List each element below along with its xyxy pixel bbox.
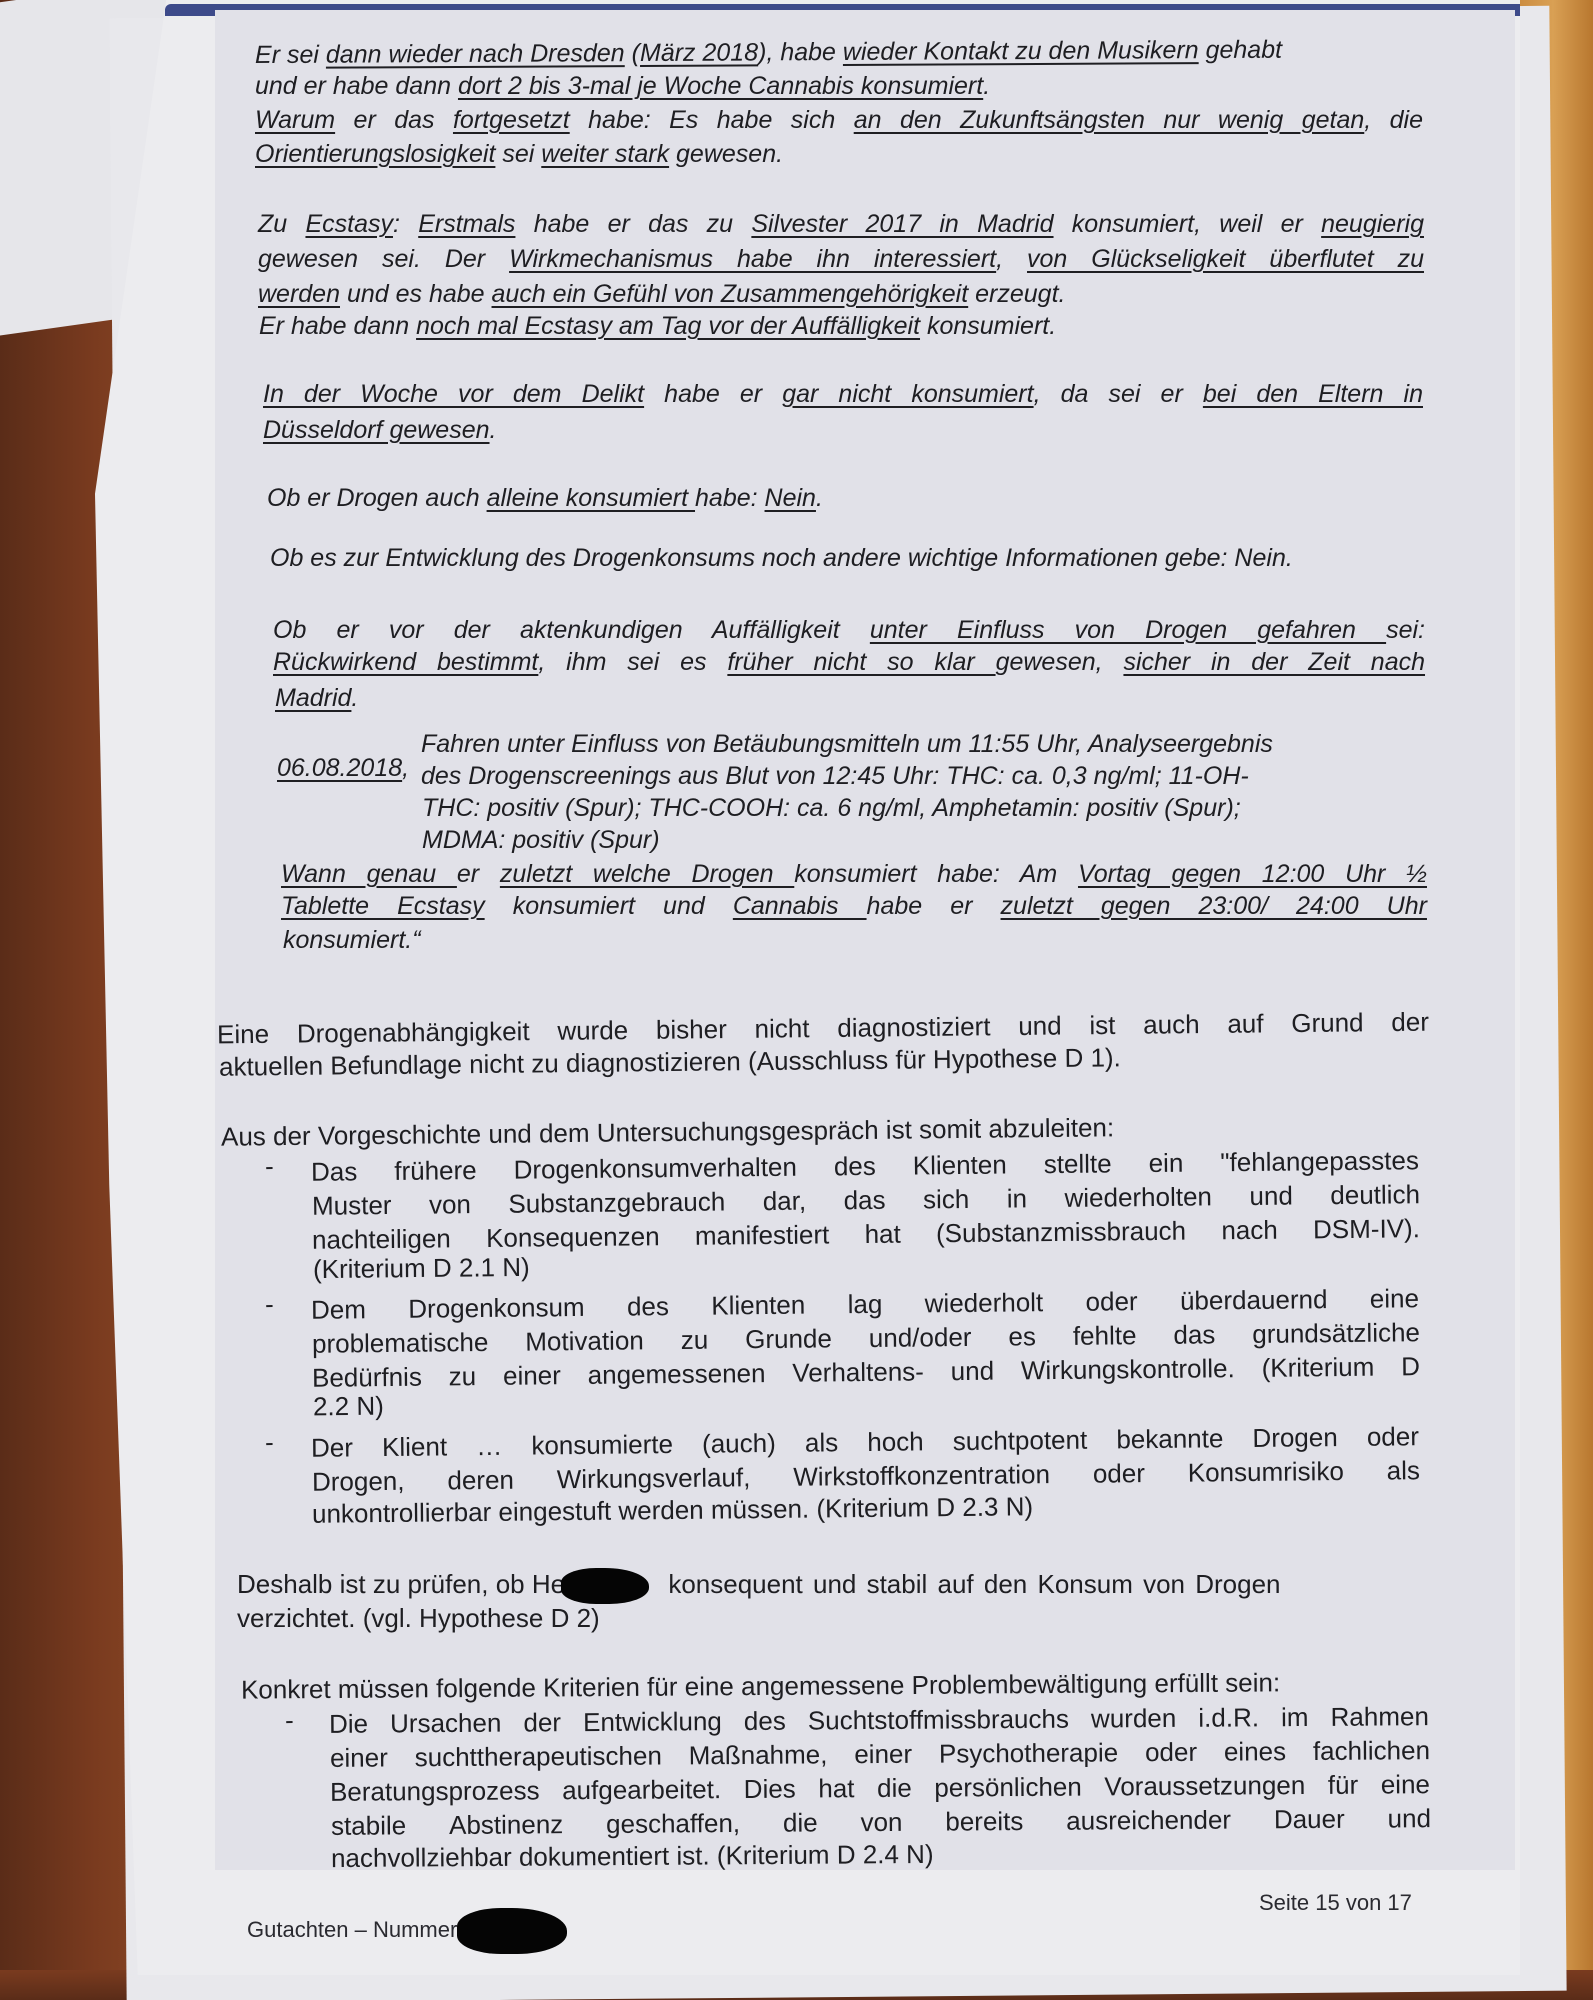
underlined-phrase: zuletzt welche Drogen: [500, 860, 794, 888]
assessment-p3-text-after: konsequent und stabil auf den Konsum von…: [668, 1569, 1280, 1599]
word: zu: [449, 1360, 477, 1392]
text-segment: habe: Es habe sich: [570, 106, 854, 134]
quote-p6-line3: Madrid.: [275, 682, 358, 714]
underlined-phrase: fortgesetzt: [453, 106, 570, 134]
quote-p1-line3: Warum er das fortgesetzt habe: Es habe s…: [255, 104, 1423, 136]
word: (Kriterium: [1262, 1351, 1375, 1384]
text-segment: Er habe dann: [259, 312, 416, 340]
underlined-phrase: von Glückseligkeit überflutet zu: [1027, 245, 1424, 273]
text-segment: , die: [1364, 106, 1423, 134]
text-segment: ,: [996, 245, 1027, 273]
text-segment: erzeugt.: [968, 280, 1065, 308]
text-segment: er das: [335, 106, 453, 134]
word: Drogen,: [311, 1465, 404, 1498]
underlined-phrase: wieder Kontakt zu den Musikern: [843, 36, 1199, 66]
underlined-phrase: an den Zukunftsängsten nur wenig getan: [854, 106, 1365, 134]
text-segment: Ob er Drogen auch: [267, 484, 487, 512]
underlined-phrase: In der Woche vor dem Delikt: [263, 380, 644, 408]
word: bekannte: [1116, 1422, 1223, 1455]
word: eine: [1381, 1768, 1430, 1800]
word: Konsumrisiko: [1187, 1455, 1343, 1489]
bullet-marker: -: [265, 1426, 274, 1458]
word: DSM-IV).: [1313, 1212, 1420, 1245]
underlined-phrase: März 2018: [640, 38, 758, 67]
bullet-marker: -: [265, 1288, 274, 1320]
text-segment: , ihm sei es: [538, 648, 727, 676]
word: einer: [329, 1741, 387, 1773]
word: Beratungsprozess: [330, 1774, 540, 1807]
word: Dem: [311, 1293, 366, 1326]
underlined-phrase: Tablette Ecstasy: [281, 892, 485, 920]
word: Der: [311, 1431, 353, 1463]
underlined-phrase: Vortag gegen 12:00 Uhr ½: [1078, 860, 1427, 888]
bullet-line: (Kriterium D 2.1 N): [313, 1251, 530, 1285]
word: (Substanzmissbrauch: [936, 1215, 1186, 1250]
word: Muster: [311, 1189, 391, 1222]
text-segment: Ob er vor der aktenkundigen Auffälligkei…: [273, 616, 870, 644]
underlined-phrase: werden: [258, 280, 340, 308]
word: fehlte: [1072, 1319, 1136, 1352]
word: einer: [854, 1738, 912, 1770]
quote-p7-line1: Wann genau er zuletzt welche Drogen kons…: [281, 858, 1427, 890]
assessment-p3-line2: verzichtet. (vgl. Hypothese D 2): [237, 1602, 600, 1634]
bullet-line: Beratungsprozessaufgearbeitet.Dieshatdie…: [330, 1768, 1430, 1808]
word: Das: [311, 1155, 358, 1187]
word: nachteiligen: [312, 1222, 451, 1255]
word: wiederholt: [925, 1286, 1044, 1319]
word: für: [1328, 1769, 1359, 1801]
underlined-phrase: zuletzt gegen 23:00/ 24:00 Uhr: [1001, 892, 1427, 920]
word: Klienten: [711, 1289, 805, 1322]
word: (auch): [702, 1427, 776, 1460]
quote-p1-line4: Orientierungslosigkeit sei weiter stark …: [255, 138, 783, 170]
quote-p6-line2: Rückwirkend bestimmt, ihm sei es früher …: [273, 646, 1425, 678]
word: konsumierte: [531, 1428, 673, 1461]
underlined-phrase: Orientierungslosigkeit: [255, 140, 495, 168]
record-line-1: Fahren unter Einfluss von Betäubungsmitt…: [421, 728, 1273, 760]
word: deren: [447, 1464, 514, 1497]
word: ist: [1089, 1009, 1115, 1041]
underlined-phrase: weiter stark: [541, 140, 669, 168]
underlined-phrase: gar nicht konsumiert: [782, 380, 1033, 408]
text-segment: , da sei er: [1034, 380, 1203, 408]
underlined-phrase: noch mal Ecstasy am Tag vor der Auffälli…: [416, 312, 920, 340]
bullet-marker: -: [285, 1704, 294, 1736]
word: fachlichen: [1312, 1734, 1429, 1767]
word: und: [951, 1355, 995, 1387]
text-segment: Zu: [258, 210, 305, 238]
text-segment: .: [351, 684, 358, 712]
text-segment: gewesen sei. Der: [258, 245, 509, 273]
underlined-phrase: Düsseldorf gewesen: [263, 416, 490, 444]
word: nicht: [754, 1012, 809, 1045]
word: i.d.R.: [1198, 1701, 1259, 1733]
text-segment: habe er: [644, 380, 782, 408]
word: Rahmen: [1330, 1700, 1429, 1733]
text-segment: gewesen,: [996, 648, 1124, 676]
word: als: [805, 1426, 839, 1458]
word: Klienten: [913, 1149, 1007, 1182]
word: in: [1006, 1182, 1027, 1214]
word: und/oder: [868, 1321, 971, 1354]
text-segment: konsumiert, weil er: [1054, 210, 1322, 238]
word: eine: [1370, 1282, 1419, 1315]
text-segment: gewesen.: [669, 140, 783, 168]
word: deutlich: [1330, 1178, 1420, 1211]
quote-p6-line1: Ob er vor der aktenkundigen Auffälligkei…: [273, 614, 1425, 646]
word: das: [1173, 1318, 1215, 1350]
word: Motivation: [525, 1324, 644, 1357]
word: zu: [680, 1324, 708, 1356]
word: von: [428, 1188, 470, 1220]
word: Drogenabhängigkeit: [297, 1015, 530, 1049]
underlined-phrase: Warum: [255, 106, 335, 134]
word: lag: [847, 1288, 882, 1320]
bullet-line: stabileAbstinenzgeschaffen,dievonbereits…: [331, 1802, 1431, 1842]
underlined-phrase: Wann genau: [281, 860, 457, 888]
footer-label: Gutachten – Nummer: [247, 1917, 457, 1942]
name-redaction: [561, 1568, 649, 1604]
word: und: [1249, 1180, 1293, 1212]
underlined-phrase: Madrid: [275, 684, 351, 712]
text-segment: :: [393, 210, 418, 238]
quote-p2-line2: gewesen sei. Der Wirkmechanismus habe ih…: [258, 243, 1424, 275]
text-segment: .: [816, 484, 823, 512]
word: oder: [1144, 1736, 1196, 1768]
word: Grunde: [745, 1322, 832, 1355]
text-segment: habe er das zu: [515, 210, 751, 238]
underlined-phrase: Silvester 2017 in Madrid: [751, 210, 1053, 238]
word: sich: [922, 1183, 969, 1215]
word: der: [523, 1706, 561, 1738]
word: problematische: [311, 1326, 488, 1360]
word: Klient: [382, 1430, 447, 1463]
quote-p1-line1: Er sei dann wieder nach Dresden (März 20…: [255, 33, 1423, 71]
word: geschaffen,: [606, 1807, 740, 1840]
word: im: [1281, 1701, 1309, 1733]
bullet-line: einersuchttherapeutischenMaßnahme,einerP…: [329, 1734, 1429, 1774]
word: stellte: [1044, 1147, 1112, 1180]
underlined-phrase: Cannabis: [733, 892, 867, 920]
word: ein: [1148, 1147, 1183, 1179]
underlined-phrase: auch ein Gefühl von Zusammengehörigkeit: [492, 280, 969, 308]
word: von: [860, 1806, 902, 1838]
text-segment: sei:: [1386, 616, 1425, 644]
document-page: Er sei dann wieder nach Dresden (März 20…: [95, 0, 1520, 1975]
word: hat: [865, 1218, 901, 1250]
text-segment: .: [983, 72, 990, 100]
assessment-p3-text-before: Deshalb ist zu prüfen, ob He: [237, 1569, 565, 1599]
page-number: Seite 15 von 17: [1259, 1890, 1412, 1916]
footer-doc-number: Gutachten – Nummer: [247, 1908, 567, 1954]
word: eines: [1223, 1735, 1285, 1767]
bullet-line: nachvollziehbar dokumentiert ist. (Krite…: [331, 1838, 934, 1874]
underlined-phrase: Erstmals: [418, 210, 515, 238]
underlined-phrase: Wirkmechanismus habe ihn interessiert: [509, 245, 996, 273]
word: Voraussetzungen: [1104, 1769, 1305, 1802]
text-segment: .: [490, 416, 497, 444]
word: aufgearbeitet.: [562, 1773, 721, 1806]
record-line-2: des Drogenscreenings aus Blut von 12:45 …: [421, 760, 1249, 792]
assessment-p4-intro: Konkret müssen folgende Kriterien für ei…: [241, 1666, 1280, 1705]
word: wurden: [1091, 1702, 1177, 1735]
word: Maßnahme,: [688, 1738, 827, 1771]
word: Abstinenz: [449, 1808, 563, 1841]
word: auch: [1143, 1008, 1200, 1041]
text-segment: konsumiert und: [485, 892, 733, 920]
text-segment: und es habe: [340, 280, 492, 308]
word: "fehlangepasstes: [1220, 1144, 1419, 1178]
word: der: [1391, 1006, 1429, 1038]
quote-p1-line2: und er habe dann dort 2 bis 3-mal je Woc…: [255, 70, 990, 102]
word: dar,: [762, 1185, 806, 1217]
word: Entwicklung: [583, 1705, 722, 1738]
quote-p2-line1: Zu Ecstasy: Erstmals habe er das zu Silv…: [258, 208, 1424, 240]
text-segment: (: [625, 39, 640, 67]
word: Psychotherapie: [938, 1736, 1117, 1769]
word: Suchtstoffmissbrauchs: [808, 1703, 1069, 1737]
word: oder: [1085, 1285, 1137, 1318]
word: ausreichender: [1066, 1804, 1231, 1837]
word: nach: [1221, 1214, 1278, 1247]
word: des: [744, 1705, 786, 1737]
underlined-phrase: Nein: [765, 484, 816, 512]
word: Wirkungskontrolle.: [1021, 1352, 1235, 1386]
word: Wirkungsverlauf,: [556, 1461, 750, 1495]
quote-p7-line3: konsumiert.“: [283, 924, 421, 956]
word: Konsequenzen: [486, 1220, 660, 1254]
text-segment: er: [457, 860, 500, 888]
word: …: [476, 1430, 502, 1462]
underlined-phrase: bei den Eltern in: [1203, 380, 1423, 408]
quote-p4: Ob er Drogen auch alleine konsumiert hab…: [267, 482, 823, 514]
word: Eine: [217, 1018, 269, 1051]
word: oder: [1367, 1420, 1419, 1453]
word: Ursachen: [390, 1707, 502, 1740]
underlined-phrase: dann wieder nach Dresden: [326, 39, 625, 69]
word: manifestiert: [695, 1218, 830, 1251]
assessment-p3-line1: Deshalb ist zu prüfen, ob He konsequent …: [237, 1568, 1281, 1604]
word: Die: [329, 1708, 368, 1740]
word: einer: [503, 1359, 561, 1392]
word: suchtpotent: [953, 1424, 1088, 1457]
word: und: [1387, 1802, 1431, 1834]
underlined-phrase: Rückwirkend bestimmt: [273, 648, 538, 676]
doc-number-redaction: [457, 1908, 567, 1954]
word: auf: [1227, 1007, 1263, 1039]
underlined-phrase: dort 2 bis 3-mal je Woche Cannabis konsu…: [458, 72, 983, 100]
word: bereits: [945, 1805, 1023, 1838]
word: Wirkstoffkonzentration: [793, 1458, 1050, 1493]
word: angemessenen: [588, 1357, 766, 1391]
word: D: [1401, 1350, 1420, 1382]
underlined-phrase: sicher in der Zeit nach: [1123, 648, 1425, 676]
word: die: [877, 1772, 912, 1804]
word: die: [783, 1806, 818, 1838]
record-date: 06.08.2018,: [277, 752, 409, 784]
page-content: Er sei dann wieder nach Dresden (März 20…: [95, 0, 1520, 1975]
word: hat: [818, 1772, 854, 1804]
word: es: [1008, 1320, 1036, 1352]
word: grundsätzliche: [1252, 1316, 1420, 1350]
assessment-p2-intro: Aus der Vorgeschichte und dem Untersuchu…: [221, 1111, 1114, 1152]
text-segment: ), habe: [758, 38, 843, 66]
word: suchttherapeutischen: [414, 1740, 661, 1774]
word: persönlichen: [934, 1771, 1082, 1804]
text-segment: konsumiert.: [920, 312, 1056, 340]
text-segment: habe er: [867, 892, 1001, 920]
word: bisher: [656, 1013, 727, 1046]
quote-p3-line2: Düsseldorf gewesen.: [263, 414, 496, 446]
word: wurde: [557, 1014, 628, 1047]
word: oder: [1092, 1457, 1144, 1490]
underlined-phrase: Ecstasy: [305, 210, 393, 238]
word: Drogen: [1252, 1421, 1338, 1454]
quote-p3-line1: In der Woche vor dem Delikt habe er gar …: [263, 378, 1423, 410]
word: des: [627, 1290, 669, 1322]
text-segment: gehabt: [1199, 36, 1283, 64]
word: Grund: [1291, 1006, 1364, 1039]
word: Dauer: [1274, 1803, 1345, 1835]
word: stabile: [331, 1809, 406, 1842]
record-date-value: 06.08.2018: [277, 754, 402, 782]
word: frühere: [394, 1154, 477, 1187]
quote-p2-line3: werden und es habe auch ein Gefühl von Z…: [258, 278, 1065, 310]
underlined-phrase: alleine konsumiert: [487, 484, 695, 512]
word: des: [834, 1150, 876, 1182]
underlined-phrase: unter Einfluss von Drogen gefahren: [870, 616, 1386, 644]
quote-p5: Ob es zur Entwicklung des Drogenkonsums …: [270, 542, 1293, 574]
word: wiederholten: [1064, 1180, 1212, 1214]
record-line-3: THC: positiv (Spur); THC-COOH: ca. 6 ng/…: [422, 792, 1241, 824]
word: Drogenkonsum: [408, 1291, 585, 1325]
quote-p2-line4: Er habe dann noch mal Ecstasy am Tag vor…: [259, 310, 1056, 342]
bullet-line: DieUrsachenderEntwicklungdesSuchtstoffmi…: [329, 1700, 1429, 1740]
word: und: [1018, 1010, 1062, 1042]
bullet-line: unkontrollierbar eingestuft werden müsse…: [312, 1490, 1033, 1530]
text-segment: und er habe dann: [255, 72, 458, 100]
word: überdauernd: [1180, 1283, 1328, 1317]
quote-p7-line2: Tablette Ecstasy konsumiert und Cannabis…: [281, 890, 1427, 922]
record-line-4: MDMA: positiv (Spur): [422, 824, 660, 856]
word: Dies: [744, 1773, 796, 1805]
underlined-phrase: früher nicht so klar: [727, 648, 995, 676]
bullet-marker: -: [265, 1150, 274, 1182]
bullet-line: 2.2 N): [313, 1390, 384, 1423]
word: Drogenkonsumverhalten: [513, 1151, 797, 1186]
text-segment: habe:: [695, 484, 765, 512]
word: Verhaltens-: [792, 1355, 924, 1388]
text-segment: konsumiert habe: Am: [794, 860, 1078, 888]
word: als: [1386, 1454, 1420, 1486]
word: Substanzgebrauch: [508, 1185, 725, 1219]
word: das: [843, 1184, 885, 1216]
text-segment: sei: [495, 140, 541, 168]
word: diagnostiziert: [837, 1010, 991, 1044]
text-segment: Er sei: [255, 41, 326, 69]
underlined-phrase: neugierig: [1321, 210, 1424, 238]
record-date-suffix: ,: [402, 754, 409, 782]
word: hoch: [867, 1425, 924, 1458]
